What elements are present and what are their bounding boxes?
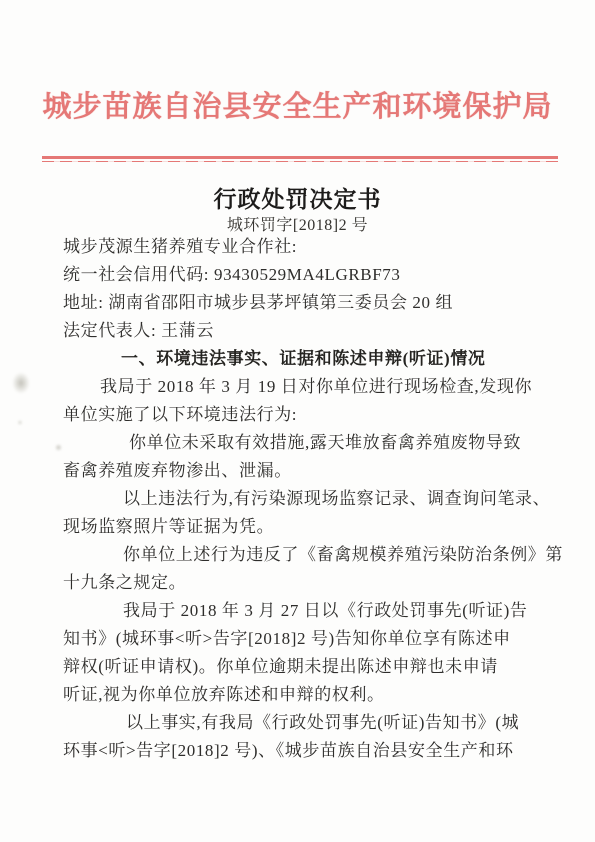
body-line: 统一社会信用代码: 93430529MA4LGRBF73 — [63, 261, 541, 289]
scan-smudge-artifact — [12, 372, 30, 394]
body-line: 你单位上述行为违反了《畜禽规模养殖污染防治条例》第 — [63, 541, 541, 569]
body-line: 我局于 2018 年 3 月 27 日以《行政处罚事先(听证)告 — [63, 597, 541, 625]
body-line: 知书》(城环事<听>告字[2018]2 号)告知你单位享有陈述申 — [63, 625, 541, 653]
body-line: 城步茂源生猪养殖专业合作社: — [63, 233, 541, 261]
header-rule-thick-line — [42, 156, 558, 159]
scan-speck-artifact — [17, 420, 23, 425]
body-line: 环事<听>告字[2018]2 号)、《城步苗族自治县安全生产和环 — [63, 737, 541, 765]
body-line: 听证,视为你单位放弃陈述和申辩的权利。 — [63, 681, 541, 709]
document-page: 城步苗族自治县安全生产和环境保护局 行政处罚决定书 城环罚字[2018]2 号 … — [0, 0, 595, 842]
body-line: 你单位未采取有效措施,露天堆放畜禽养殖废物导致 — [63, 429, 541, 457]
doc-body: 城步茂源生猪养殖专业合作社:统一社会信用代码: 93430529MA4LGRBF… — [63, 233, 541, 765]
body-line: 以上事实,有我局《行政处罚事先(听证)告知书》(城 — [63, 709, 541, 737]
body-line: 我局于 2018 年 3 月 19 日对你单位进行现场检查,发现你 — [63, 373, 541, 401]
body-line: 辩权(听证申请权)。你单位逾期未提出陈述申辩也未申请 — [63, 653, 541, 681]
body-line: 地址: 湖南省邵阳市城步县茅坪镇第三委员会 20 组 — [63, 289, 541, 317]
body-line: 现场监察照片等证据为凭。 — [63, 513, 541, 541]
header-rule — [42, 156, 558, 162]
body-line: 一、环境违法事实、证据和陈述申辩(听证)情况 — [63, 345, 541, 373]
body-line: 以上违法行为,有污染源现场监察记录、调查询问笔录、 — [63, 485, 541, 513]
body-line: 畜禽养殖废弃物渗出、泄漏。 — [63, 457, 541, 485]
scan-speck-artifact — [55, 444, 62, 451]
header-rule-thin-line — [42, 161, 558, 162]
body-line: 十九条之规定。 — [63, 569, 541, 597]
doc-title: 行政处罚决定书 — [0, 181, 595, 214]
doc-number: 城环罚字[2018]2 号 — [0, 212, 595, 235]
agency-header: 城步苗族自治县安全生产和环境保护局 — [0, 84, 595, 125]
body-line: 法定代表人: 王蒲云 — [63, 317, 541, 345]
body-line: 单位实施了以下环境违法行为: — [63, 401, 541, 429]
